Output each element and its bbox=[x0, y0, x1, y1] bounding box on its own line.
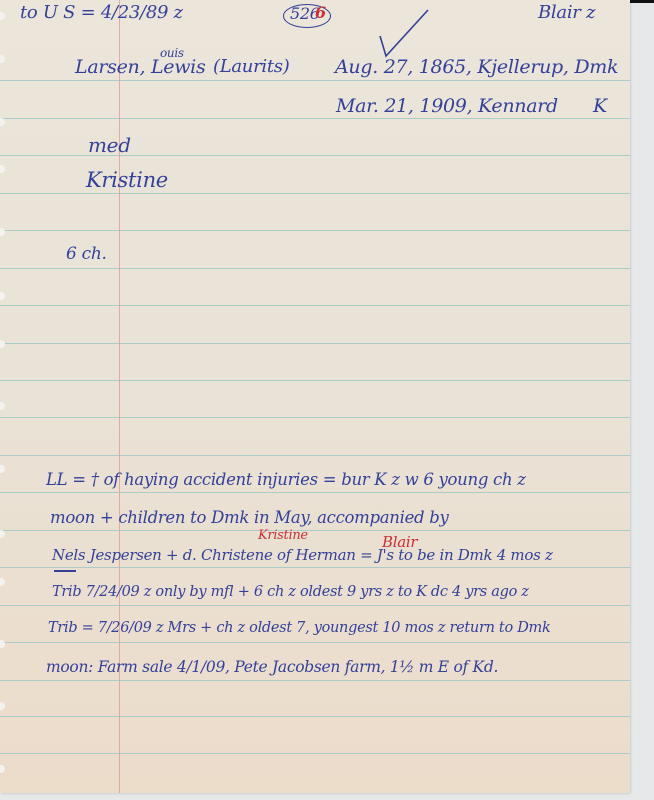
binder-hole bbox=[0, 118, 5, 126]
binder-hole bbox=[0, 578, 5, 586]
binder-hole bbox=[0, 12, 5, 20]
ruled-line bbox=[0, 530, 630, 531]
ruled-line bbox=[0, 118, 630, 119]
ruled-line bbox=[0, 492, 630, 493]
page-number-correction: 6 bbox=[315, 3, 326, 22]
ruled-line bbox=[0, 305, 630, 306]
ruled-line bbox=[0, 268, 630, 269]
death-mark: K bbox=[593, 95, 607, 117]
binder-hole bbox=[0, 465, 5, 473]
ruled-line bbox=[0, 642, 630, 643]
name-insert: ouis bbox=[160, 46, 184, 60]
binder-hole bbox=[0, 765, 5, 773]
ruled-line bbox=[0, 455, 630, 456]
top-right-note: Blair z bbox=[538, 2, 595, 23]
top-left-note: to U S = 4/23/89 z bbox=[20, 2, 183, 23]
binder-hole bbox=[0, 228, 5, 236]
note-red-insert-kristine: Kristine bbox=[258, 528, 308, 543]
name-alt: (Laurits) bbox=[213, 56, 289, 77]
married-label: med bbox=[88, 133, 131, 157]
binder-hole bbox=[0, 640, 5, 648]
ruled-line bbox=[0, 605, 630, 606]
binder-hole bbox=[0, 55, 5, 63]
check-mark-icon bbox=[372, 8, 432, 60]
note-line-5: Trib = 7/26/09 z Mrs + ch z oldest 7, yo… bbox=[48, 620, 550, 636]
death-info: Mar. 21, 1909, Kennard bbox=[336, 95, 558, 117]
ruled-line bbox=[0, 80, 630, 81]
ruled-line bbox=[0, 680, 630, 681]
birth-info: Aug. 27, 1865, Kjellerup, Dmk bbox=[335, 56, 618, 78]
notebook-page: to U S = 4/23/89 z 526 6 Blair z Larsen,… bbox=[0, 0, 630, 793]
ruled-line bbox=[0, 417, 630, 418]
spouse-name: Kristine bbox=[86, 168, 168, 192]
ruled-line bbox=[0, 716, 630, 717]
binder-hole bbox=[0, 530, 5, 538]
ruled-line bbox=[0, 753, 630, 754]
note-line-6: moon: Farm sale 4/1/09, Pete Jacobsen fa… bbox=[46, 658, 498, 676]
binder-hole bbox=[0, 292, 5, 300]
note-line-2: moon + children to Dmk in May, accompani… bbox=[50, 508, 449, 527]
note-line-3: Nels Jespersen + d. Christene of Herman … bbox=[52, 546, 553, 564]
children-count: 6 ch. bbox=[66, 244, 107, 264]
binder-hole bbox=[0, 702, 5, 710]
ruled-line bbox=[0, 230, 630, 231]
binder-hole bbox=[0, 402, 5, 410]
ruled-line bbox=[0, 193, 630, 194]
ruled-line bbox=[0, 343, 630, 344]
underline-mark bbox=[54, 570, 76, 572]
note-line-1: LL = † of haying accident injuries = bur… bbox=[46, 470, 526, 489]
scan-edge-bar bbox=[630, 0, 654, 3]
binder-hole bbox=[0, 340, 5, 348]
ruled-line bbox=[0, 380, 630, 381]
surname-given: Larsen, Lewis bbox=[75, 56, 205, 78]
note-line-4: Trib 7/24/09 z only by mfl + 6 ch z olde… bbox=[52, 584, 529, 600]
binder-hole bbox=[0, 165, 5, 173]
ruled-line bbox=[0, 567, 630, 568]
